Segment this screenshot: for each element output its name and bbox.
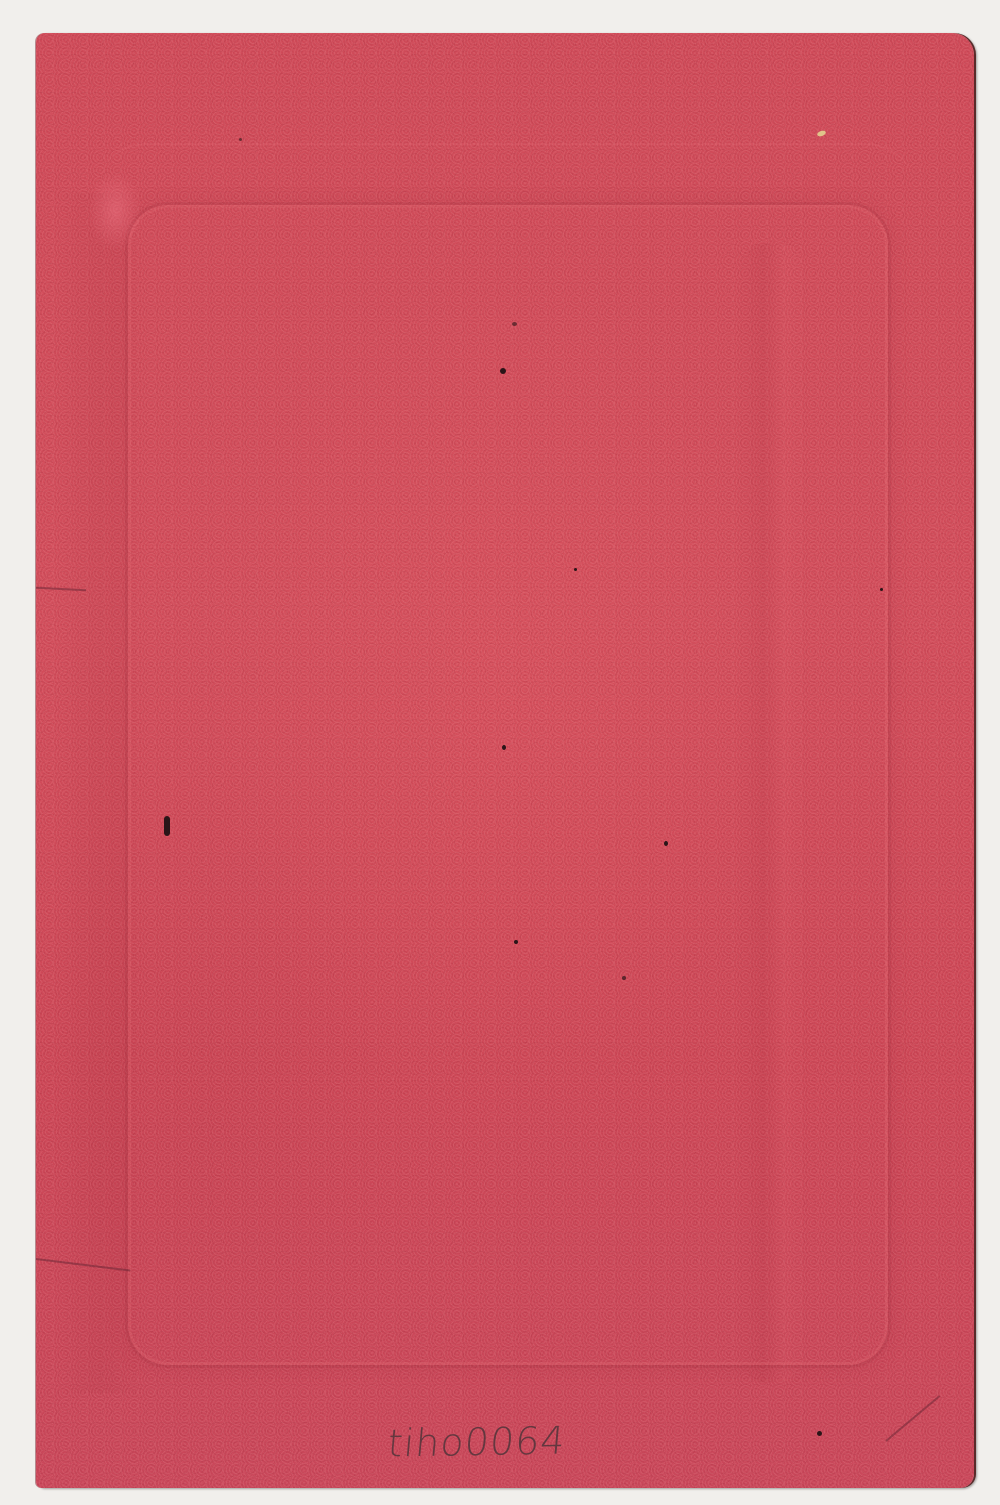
- ink-speck: [514, 940, 518, 944]
- ink-speck: [164, 816, 170, 836]
- worn-spot: [88, 171, 142, 251]
- ink-speck: [500, 368, 506, 374]
- ink-speck: [502, 745, 506, 750]
- card-back-cover: [36, 33, 974, 1488]
- ink-speck: [664, 841, 668, 846]
- scan-background: tiho0064: [0, 0, 1000, 1505]
- embossed-top-ridge: [96, 143, 916, 235]
- handwritten-catalogue-number: tiho0064: [386, 1418, 568, 1465]
- embossed-left-ridge: [56, 193, 146, 1393]
- ink-speck: [880, 588, 883, 591]
- ink-speck: [622, 976, 626, 980]
- embossed-right-ridge: [736, 243, 806, 1383]
- light-fleck: [816, 130, 826, 138]
- felt-texture: [36, 33, 974, 1488]
- ink-speck: [817, 1431, 822, 1436]
- corner-crease: [885, 1395, 940, 1442]
- ink-speck: [574, 568, 577, 571]
- edge-crease: [36, 1258, 130, 1272]
- ink-speck: [239, 138, 242, 141]
- embossed-frame: [128, 205, 888, 1365]
- edge-tear: [36, 587, 86, 592]
- ink-speck: [512, 322, 517, 326]
